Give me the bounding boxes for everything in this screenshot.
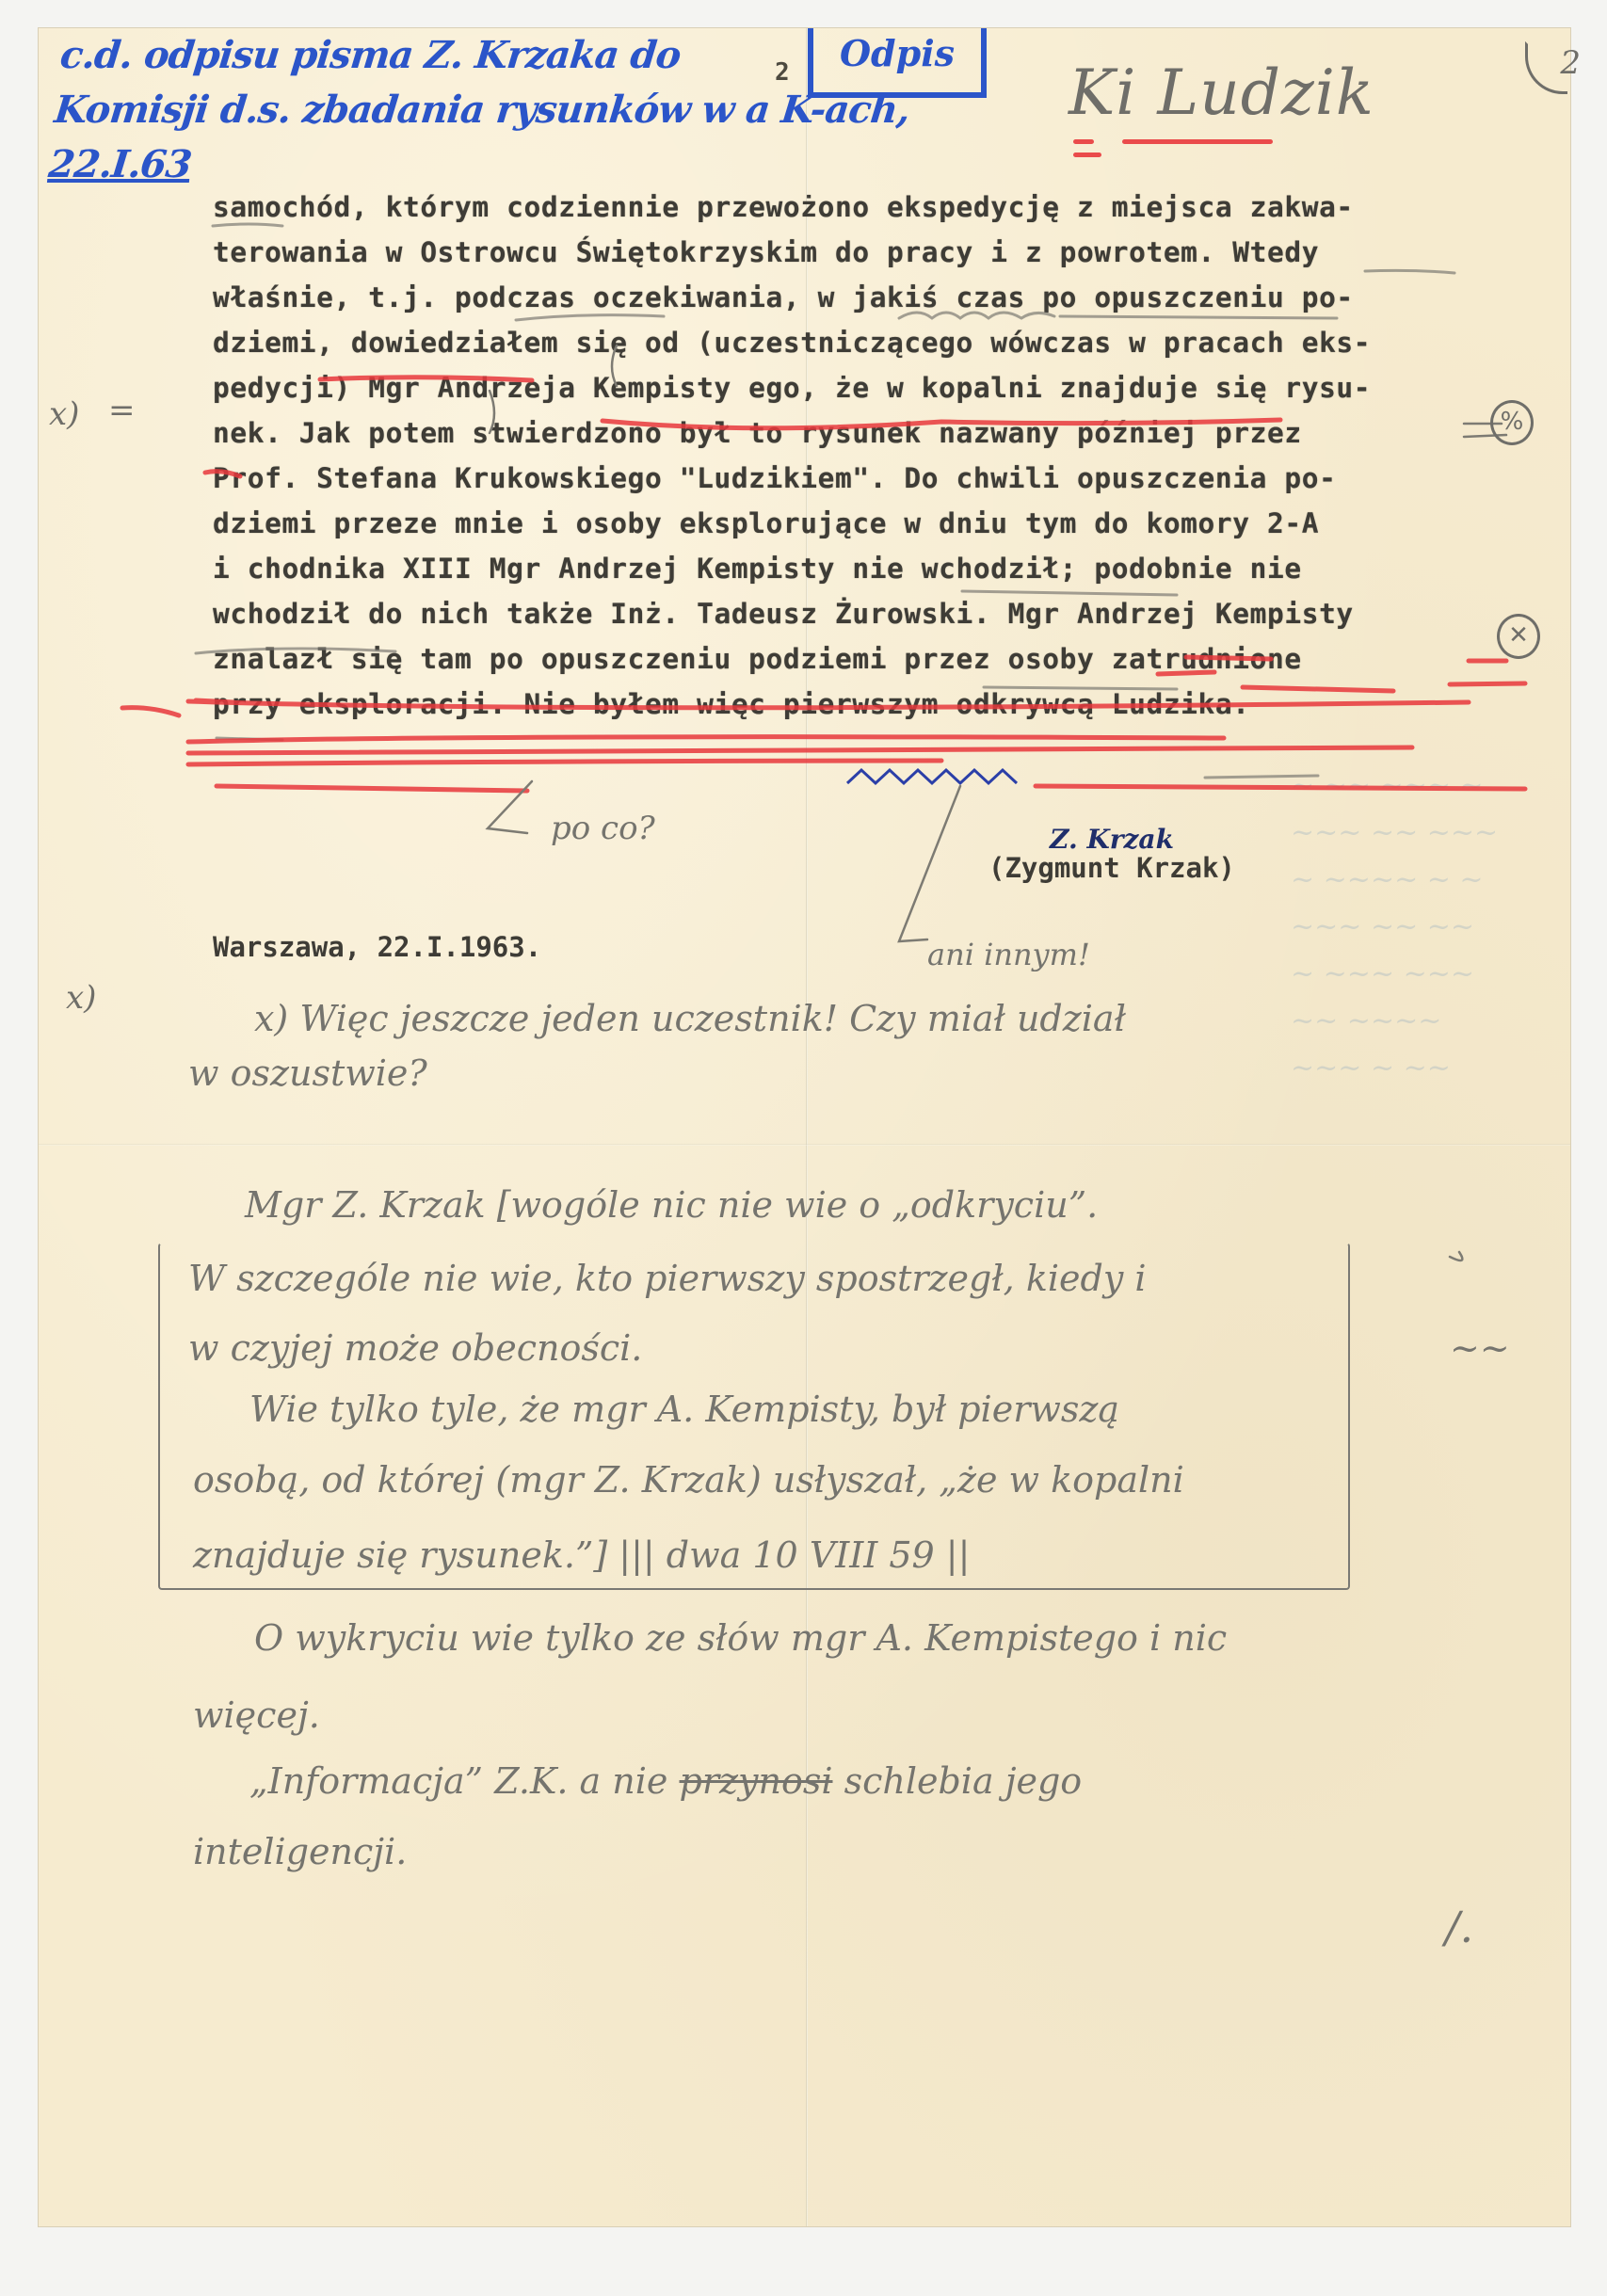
blue-ink-header-note: c.d. odpisu pisma Z. Krzaka do Komisji d…	[46, 28, 918, 192]
typed-line-11: znalazł się tam po opuszczeniu podziemi …	[213, 643, 1302, 684]
handwritten-signature: Z. Krzak	[1050, 824, 1174, 855]
typed-line-7: Prof. Stefana Krukowskiego "Ludzikiem". …	[213, 462, 1336, 504]
pencil-paragraph-1-line-1: Mgr Z. Krzak [wogóle nic nie wie o „odkr…	[245, 1184, 1098, 1226]
pencil-footnote-line-2: w oszustwie?	[188, 1052, 427, 1094]
red-underline-title	[1122, 139, 1273, 144]
typed-line-9: i chodnika XIII Mgr Andrzej Kempisty nie…	[213, 553, 1302, 594]
pencil-paragraph-3-text-a: „Informacja” Z.K. a nie	[249, 1760, 667, 1802]
pencil-paragraph-1-line-3: w czyjej może obecności.	[188, 1327, 642, 1369]
margin-footnote-marker-2: x)	[66, 979, 96, 1017]
typed-line-10: wchodził do nich także Inż. Tadeusz Żuro…	[213, 598, 1354, 639]
typed-signature-name: (Zygmunt Krzak)	[988, 852, 1235, 884]
typed-page-number: 2	[775, 58, 790, 87]
blue-note-line-2: Komisji d.s. zbadania rysunków w a K-ach…	[52, 83, 912, 137]
pencil-end-mark: /.	[1445, 1902, 1473, 1952]
red-underline-mark	[1073, 153, 1101, 157]
pencil-paragraph-3-line-2: inteligencji.	[193, 1831, 407, 1872]
pencil-note-ani-innym: ani innym!	[927, 937, 1090, 972]
place-and-date: Warszawa, 22.I.1963.	[213, 931, 541, 963]
pencil-paragraph-1-line-6: znajduje się rysunek.”] ||| dwa 10 VIII …	[193, 1534, 970, 1576]
typed-line-1: samochód, którym codziennie przewożono e…	[213, 191, 1354, 233]
circled-percent-mark-icon: %	[1490, 400, 1534, 445]
pencil-paragraph-3-struck-word: przynosi	[680, 1760, 833, 1802]
pencil-note-po-co: po co?	[551, 810, 655, 847]
typed-line-12: przy eksploracji. Nie byłem więc pierwsz…	[213, 688, 1250, 730]
pencil-paragraph-3-line-1: „Informacja” Z.K. a nie przynosi schlebi…	[249, 1760, 1082, 1802]
pencil-paragraph-1-line-5: osobą, od której (mgr Z. Krzak) usłyszał…	[193, 1459, 1184, 1501]
horizontal-fold-line	[39, 1144, 1570, 1146]
odpis-boxed-label: Odpis	[808, 28, 987, 98]
red-underline-mark	[1073, 139, 1094, 144]
pencil-paragraph-3-text-b: schlebia jego	[844, 1760, 1083, 1802]
typed-line-4: dziemi, dowiedziałem się od (uczestniczą…	[213, 327, 1371, 368]
typed-line-6: nek. Jak potem stwierdzono był to rysune…	[213, 417, 1302, 458]
blue-note-line-3: 22.I.63	[46, 137, 907, 192]
pencil-title-ki-ludzik: Ki Ludzik	[1069, 56, 1374, 129]
typed-line-2: terowania w Ostrowcu Świętokrzyskim do p…	[213, 236, 1319, 278]
pencil-footnote-line-1: x) Więc jeszcze jeden uczestnik! Czy mia…	[254, 998, 1126, 1039]
reverse-side-bleed-through: ~ ~~ ~~~ ~ ~~~ ~~ ~~~ ~ ~~~~ ~ ~ ~~~ ~~ …	[1291, 763, 1498, 1092]
typed-line-3: właśnie, t.j. podczas oczekiwania, w jak…	[213, 281, 1354, 323]
margin-footnote-marker: x)	[49, 395, 79, 433]
pencil-paragraph-2-line-1: O wykryciu wie tylko ze słów mgr A. Kemp…	[254, 1617, 1227, 1659]
typed-line-5: pedycji) Mgr Andrzeja Kempisty ego, że w…	[213, 372, 1371, 413]
pencil-paragraph-1-line-4: Wie tylko tyle, że mgr A. Kempisty, był …	[249, 1389, 1119, 1430]
pencil-side-squiggle: ~~	[1450, 1327, 1510, 1369]
pencil-paragraph-2-line-2: więcej.	[193, 1694, 320, 1736]
typed-line-8: dziemi przeze mnie i osoby eksplorujące …	[213, 507, 1319, 549]
margin-equals-mark: =	[108, 392, 136, 429]
pencil-paragraph-1-line-2: W szczególe nie wie, kto pierwszy spostr…	[188, 1258, 1147, 1299]
circled-x-mark-icon: ✕	[1497, 614, 1540, 659]
